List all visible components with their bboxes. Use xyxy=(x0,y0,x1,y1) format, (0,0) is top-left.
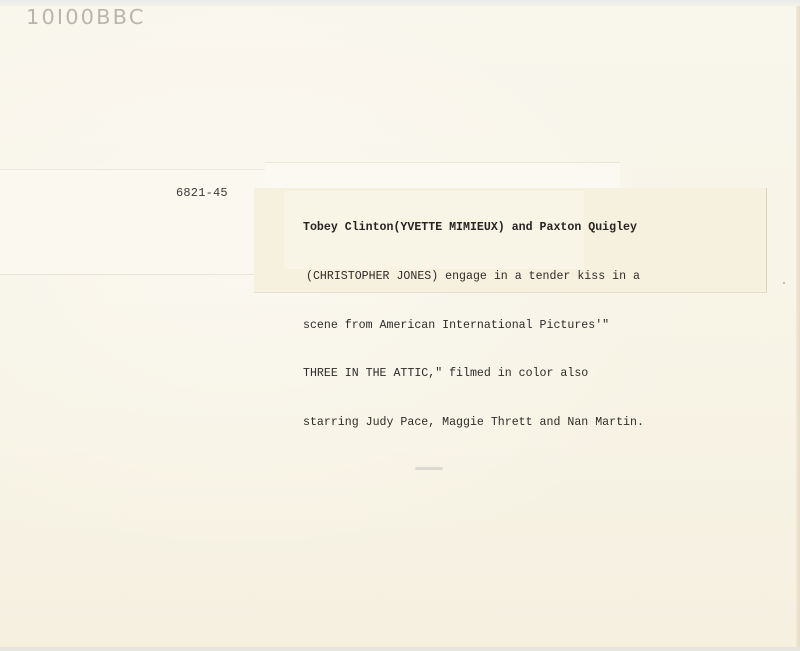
paper-right-edge xyxy=(796,6,800,651)
typed-caption: Tobey Clinton(YVETTE MIMIEUX) and Paxton… xyxy=(303,188,644,447)
paper-speck xyxy=(783,282,785,284)
caption-line: Tobey Clinton(YVETTE MIMIEUX) and Paxton… xyxy=(303,220,644,236)
catalog-number: 6821-45 xyxy=(176,186,228,200)
paper-bottom-edge xyxy=(0,647,800,651)
caption-line: (CHRISTOPHER JONES) engage in a tender k… xyxy=(303,269,644,285)
pencil-annotation: 10I00BBC xyxy=(26,5,146,29)
caption-line: starring Judy Pace, Maggie Thrett and Na… xyxy=(303,415,644,431)
paper-smudge xyxy=(415,467,443,470)
caption-line: THREE IN THE ATTIC," filmed in color als… xyxy=(303,366,644,382)
caption-line: scene from American International Pictur… xyxy=(303,318,644,334)
